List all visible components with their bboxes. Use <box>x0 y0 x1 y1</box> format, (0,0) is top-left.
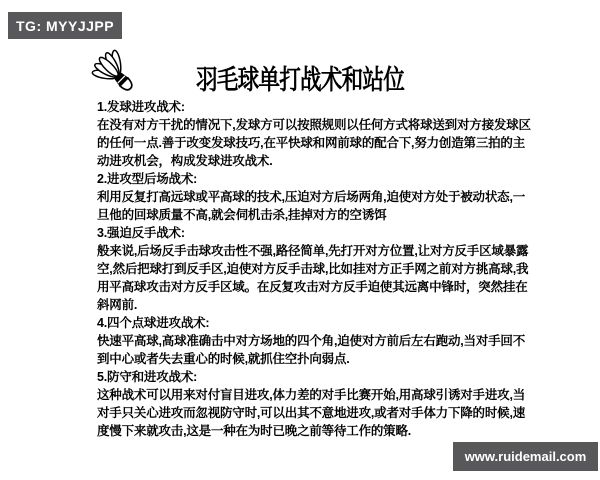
section-heading: 2.进攻型后场战术: <box>97 170 533 188</box>
article-body: 1.发球进攻战术: 在没有对方干扰的情况下,发球方可以按照规则以任何方式将球送到… <box>97 98 533 440</box>
section-body: 在没有对方干扰的情况下,发球方可以按照规则以任何方式将球送到对方接发球区的任何一… <box>97 116 533 170</box>
section-body: 这种战术可以用来对付盲目进攻,体力差的对手比赛开始,用高球引诱对手进攻,当对手只… <box>97 386 533 440</box>
tg-watermark-badge: TG: MYYJJPP <box>8 12 122 39</box>
section-body: 般来说,后场反手击球攻击性不强,路径简单,先打开对方位置,让对方反手区域暴露空,… <box>97 242 533 314</box>
section-heading: 5.防守和进攻战术: <box>97 368 533 386</box>
section-body: 快速平高球,高球准确击中对方场地的四个角,迫使对方前后左右跑动,当对手回不到中心… <box>97 332 533 368</box>
document-page: TG: MYYJJPP 羽毛球单打战术和站位 1.发球进攻战术: 在没有对方干扰… <box>0 0 600 480</box>
section-heading: 3.强迫反手战术: <box>97 224 533 242</box>
page-title: 羽毛球单打战术和站位 <box>60 58 540 97</box>
section-defense-attack: 5.防守和进攻战术: 这种战术可以用来对付盲目进攻,体力差的对手比赛开始,用高球… <box>97 368 533 440</box>
website-watermark-badge: www.ruidemail.com <box>453 442 598 471</box>
section-force-backhand: 3.强迫反手战术: 般来说,后场反手击球攻击性不强,路径简单,先打开对方位置,让… <box>97 224 533 314</box>
section-backcourt-attack: 2.进攻型后场战术: 利用反复打高远球或平高球的技术,压迫对方后场两角,迫使对方… <box>97 170 533 224</box>
section-heading: 1.发球进攻战术: <box>97 98 533 116</box>
section-body: 利用反复打高远球或平高球的技术,压迫对方后场两角,迫使对方处于被动状态,一旦他的… <box>97 188 533 224</box>
section-four-corners: 4.四个点球进攻战术: 快速平高球,高球准确击中对方场地的四个角,迫使对方前后左… <box>97 314 533 368</box>
section-serve-attack: 1.发球进攻战术: 在没有对方干扰的情况下,发球方可以按照规则以任何方式将球送到… <box>97 98 533 170</box>
section-heading: 4.四个点球进攻战术: <box>97 314 533 332</box>
